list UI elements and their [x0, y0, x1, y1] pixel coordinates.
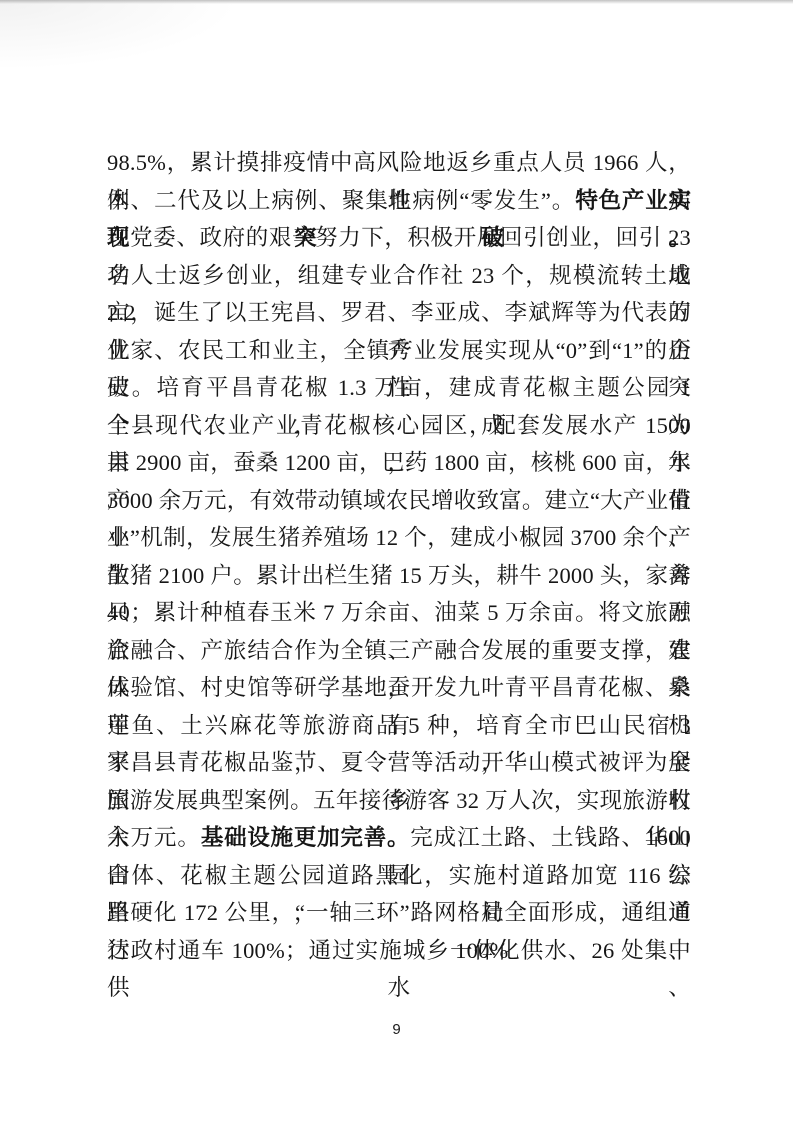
- text-line: 在党委、政府的艰辛努力下，积极开展回引创业，回引 23 名成: [107, 219, 691, 257]
- text-line: 余万元。基础设施更加完善。完成江土路、土钱路、华山田园综: [107, 819, 691, 857]
- text-line: 业家、农民工和业主，全镇产业发展实现从“0”到“1”的历史性突: [107, 332, 691, 370]
- bold-heading-segment: 基础设施更加完善。: [201, 825, 410, 850]
- text-line: 例、二代及以上病例、聚集性病例“零发生”。特色产业实现突破。: [107, 182, 691, 220]
- body-text: 98.5%，累计摸排疫情中高风险地返乡重点人员 1966 人，本地病例、二代及以…: [107, 144, 691, 969]
- text-line: 果 2900 亩，蚕桑 1200 亩，巴药 1800 亩，核桃 600 亩，年产…: [107, 444, 691, 482]
- text-line: 只；累计种植春玉米 7 万余亩、油菜 5 万余亩。将文旅融合、农: [107, 594, 691, 632]
- scan-shadow-corner: [0, 0, 240, 70]
- text-segment: 例、二代及以上病例、聚集性病例“零发生”。: [107, 188, 575, 213]
- text-line: 路硬化 172 公里，“一轴三环”路网格局全面形成，通组通达 100%、: [107, 894, 691, 932]
- page-number: 9: [0, 1021, 793, 1038]
- text-line: 甲鱼、土兴麻花等旅游商品 5 种，培育全市巴山民宿 3 家，开展: [107, 707, 691, 745]
- text-line: 平昌县青花椒品鉴节、夏令营等活动，华山模式被评为全国乡村: [107, 744, 691, 782]
- text-line: 亩，诞生了以王宪昌、罗君、李亚成、李斌辉等为代表的优秀企: [107, 294, 691, 332]
- text-line: 破。培育平昌青花椒 1.3 万亩，建成青花椒主题公园 1 个，成为: [107, 369, 691, 407]
- text-segment: 余万元。: [107, 825, 201, 850]
- text-line: 体验馆、村史馆等研学基地，开发九叶青平昌青花椒、泉莲有机: [107, 669, 691, 707]
- text-line: 旅融合、产旅结合作为全镇三产融合发展的重要支撑，建成蚕桑: [107, 632, 691, 670]
- text-line: 全县现代农业产业青花椒核心园区，配套发展水产 1500 亩，水: [107, 407, 691, 445]
- text-segment: 行政村通车 100%；通过实施城乡一体化供水、26 处集中供水、: [107, 938, 691, 1001]
- text-line: 98.5%，累计摸排疫情中高风险地返乡重点人员 1966 人，本地病: [107, 144, 691, 182]
- document-page: 98.5%，累计摸排疫情中高风险地返乡重点人员 1966 人，本地病例、二代及以…: [0, 0, 793, 1122]
- text-line: 合体、花椒主题公园道路黑化，实施村道路加宽 116 公里，社道: [107, 857, 691, 895]
- text-line: 生猪 2100 户。累计出栏生猪 15 万头，耕牛 2000 头，家禽 40 万: [107, 557, 691, 595]
- scan-shadow-top: [0, 0, 793, 4]
- text-line: 功人士返乡创业，组建专业合作社 23 个，规模流转土地 2.2 万: [107, 257, 691, 295]
- text-line: 行政村通车 100%；通过实施城乡一体化供水、26 处集中供水、: [107, 932, 691, 970]
- text-line: 业”机制，发展生猪养殖场 12 个，建成小椒园 3700 余个、散养: [107, 519, 691, 557]
- text-line: 旅游发展典型案例。五年接待游客 32 万人次，实现旅游收入 1600: [107, 782, 691, 820]
- text-line: 3000 余万元，有效带动镇域农民增收致富。建立“大产业带小产: [107, 482, 691, 520]
